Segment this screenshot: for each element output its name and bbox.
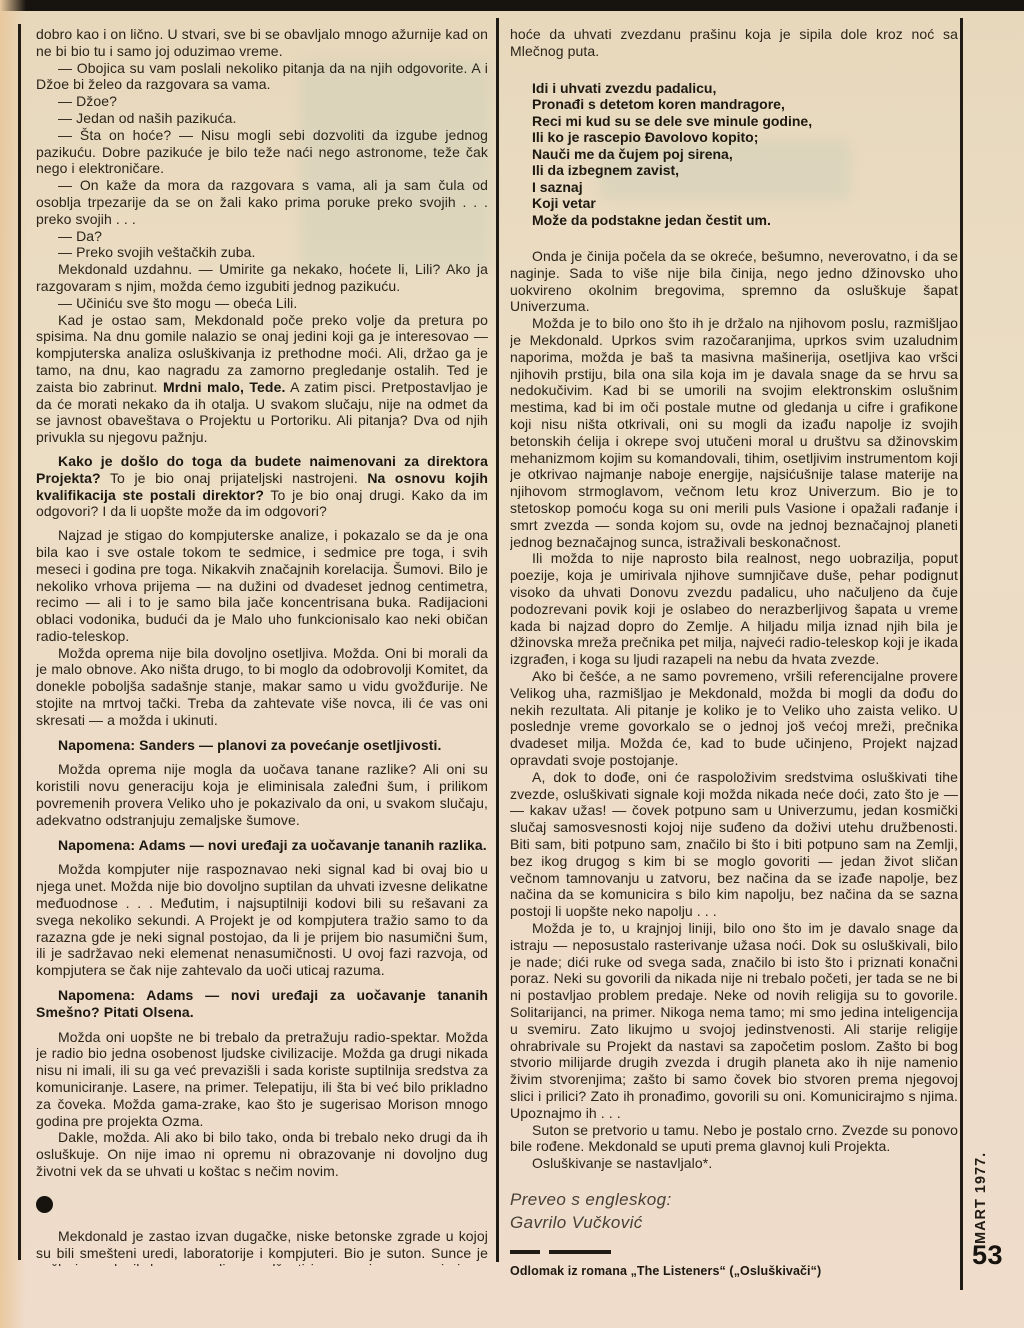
paragraph: Možda oprema nije mogla da uočava tanane… <box>36 761 488 828</box>
poem-line: Reci mi kud su se dele sve minule godine… <box>532 113 958 130</box>
magazine-page: dobro kao i on lično. U stvari, sve bi s… <box>0 0 1024 1328</box>
paragraph: — Džoe? <box>36 93 488 110</box>
translator-label: Preveo s engleskog: <box>510 1188 958 1211</box>
right-margin-rule <box>960 18 963 1290</box>
footnote-divider <box>510 1250 958 1254</box>
poem-line: Ili da izbegnem zavist, <box>532 162 958 179</box>
article-footer: Preveo s engleskog: Gavrilo Vučković Odl… <box>510 1188 958 1278</box>
paragraph: — Obojica su vam poslali nekoliko pitanj… <box>36 60 488 94</box>
paragraph: — On kaže da mora da razgovara s vama, a… <box>36 177 488 227</box>
paragraph: — Preko svojih veštačkih zuba. <box>36 244 488 261</box>
paragraph: Možda je to, u krajnjoj liniji, bilo ono… <box>510 920 958 1122</box>
poem-line: Ili ko je rascepio Đavolovo kopito; <box>532 129 958 146</box>
paragraph: Osluškivanje se nastavljalo*. <box>510 1155 958 1172</box>
paragraph: Kako je došlo do toga da budete naimenov… <box>36 453 488 520</box>
section-break-dot-icon <box>36 1196 53 1213</box>
poem-line: Pronađi s detetom koren mandragore, <box>532 96 958 113</box>
paragraph: hoće da uhvati zvezdanu prašinu koja je … <box>510 26 958 60</box>
page-top-rule <box>0 0 1024 11</box>
poem-line: I saznaj <box>532 179 958 196</box>
poem: Idi i uhvati zvezdu padalicu,Pronađi s d… <box>532 80 958 229</box>
paragraph: Mekdonald uzdahnu. — Umirite ga nekako, … <box>36 261 488 295</box>
paragraph: — Jedan od naših pazikuća. <box>36 110 488 127</box>
paragraph: Ako bi češće, a ne samo povremeno, vršil… <box>510 668 958 769</box>
poem-line: Idi i uhvati zvezdu padalicu, <box>532 80 958 97</box>
paragraph: Suton se pretvorio u tamu. Nebo je posta… <box>510 1122 958 1156</box>
paragraph: — Učiniću sve što mogu — obeća Lili. <box>36 295 488 312</box>
translator-credit: Preveo s engleskog: Gavrilo Vučković <box>510 1188 958 1234</box>
left-margin-rule <box>18 24 21 1260</box>
paragraph: Možda oprema nije bila dovoljno osetljiv… <box>36 645 488 729</box>
left-column: dobro kao i on lično. U stvari, sve bi s… <box>36 26 488 1266</box>
column-divider-rule <box>496 18 499 1262</box>
source-note: Odlomak iz romana „The Listeners“ („Oslu… <box>510 1264 958 1278</box>
paragraph: dobro kao i on lično. U stvari, sve bi s… <box>36 26 488 60</box>
translator-name: Gavrilo Vučković <box>510 1211 958 1234</box>
poem-line: Može da podstakne jedan čestit um. <box>532 212 958 229</box>
note-paragraph: Napomena: Adams — novi uređaji za uočava… <box>36 837 488 854</box>
paragraph: Možda je to bilo ono što ih je držalo na… <box>510 315 958 550</box>
paragraph: Kad je ostao sam, Mekdonald poče preko v… <box>36 312 488 446</box>
paragraph: Možda kompjuter nije raspoznavao neki si… <box>36 861 488 979</box>
paragraph: Možda oni uopšte ne bi trebalo da pretra… <box>36 1029 488 1130</box>
section-break <box>36 1196 488 1216</box>
note-paragraph: Napomena: Adams — novi uređaji za uočava… <box>36 987 488 1021</box>
paragraph: Mekdonald je zastao izvan dugačke, niske… <box>36 1228 488 1266</box>
poem-line: Koji vetar <box>532 195 958 212</box>
poem-line: Nauči me da čujem poj sirena, <box>532 146 958 163</box>
paragraph: — Šta on hoće? — Nisu mogli sebi dozvoli… <box>36 127 488 177</box>
paragraph: Onda je činija počela da se okreće, bešu… <box>510 248 958 315</box>
paragraph: Najzad je stigao do kompjuterske analize… <box>36 527 488 645</box>
paragraph: — Da? <box>36 228 488 245</box>
paragraph: Dakle, možda. Ali ako bi bilo tako, onda… <box>36 1129 488 1179</box>
paragraph: A, dok to dođe, oni će raspoloživim sred… <box>510 769 958 920</box>
page-number: 53 <box>972 1240 1003 1271</box>
right-column: hoće da uhvati zvezdanu prašinu koja je … <box>510 26 958 1176</box>
paragraph: Ili možda to nije naprosto bila realnost… <box>510 550 958 668</box>
page-edge-shading <box>0 0 26 1328</box>
note-paragraph: Napomena: Sanders — planovi za povećanje… <box>36 737 488 754</box>
issue-date-vertical: MART 1977. <box>973 1140 989 1244</box>
